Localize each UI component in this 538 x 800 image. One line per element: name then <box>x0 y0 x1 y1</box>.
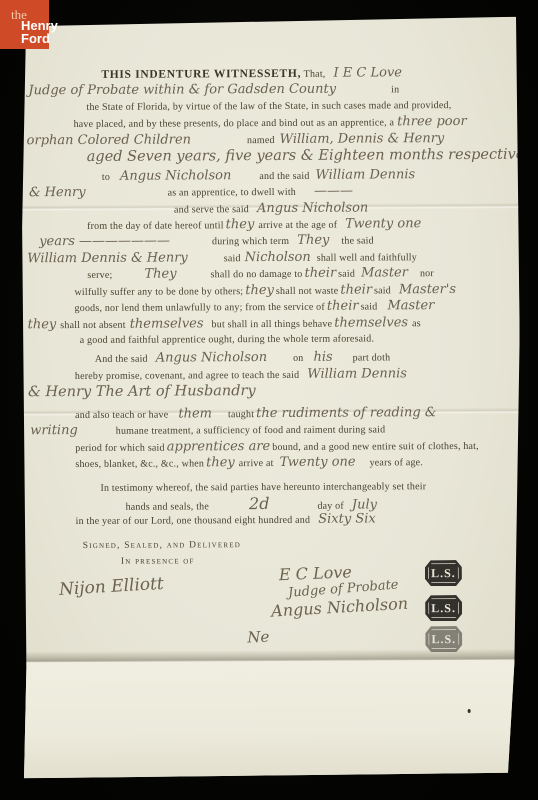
henry-ford-logo: the Henry Ford <box>0 0 49 49</box>
partial-signature: Ne <box>247 628 270 647</box>
handwritten-text-segment: William, Dennis & Henry <box>280 131 445 147</box>
printed-text-segment: the State of Florida, by virtue of the l… <box>86 100 451 113</box>
handwritten-text-segment: aged Seven years, five years & Eighteen … <box>87 147 538 165</box>
witness-signature: Nijon Elliott <box>59 574 165 600</box>
ls-seal-label: L.S. <box>431 632 456 647</box>
printed-text-segment: bound, and a good new entire suit of clo… <box>272 441 479 453</box>
handwritten-text-segment: July <box>352 497 377 512</box>
printed-text-segment: goods, nor lend them unlawfully to any; … <box>75 302 325 314</box>
handwritten-text-segment: Angus Nicholson <box>120 168 231 184</box>
printed-text-segment: and the said <box>259 170 309 181</box>
printed-text-segment: named <box>247 135 275 146</box>
document-line: & Henry The Art of Husbandry <box>28 382 514 401</box>
printed-text-segment: taught <box>228 409 254 420</box>
printed-text-segment: period for which said <box>75 442 165 453</box>
folded-blank-flap <box>21 660 522 780</box>
handwritten-text-segment: They <box>144 267 176 282</box>
handwritten-text-segment: they <box>245 283 274 298</box>
handwritten-text-segment: & Henry The Art of Husbandry <box>28 383 256 400</box>
printed-text-segment: shoes, blanket, &c., &c., when <box>75 458 204 470</box>
printed-text-segment: hereby promise, covenant, and agree to t… <box>75 370 299 382</box>
photo-background: THIS INDENTURE WITNESSETH, That,I E C Lo… <box>0 0 538 800</box>
paper-speck <box>468 709 471 713</box>
document-line: aged Seven years, five years & Eighteen … <box>27 147 513 166</box>
handwritten-text-segment: they <box>206 455 235 470</box>
printed-text-segment: THIS INDENTURE WITNESSETH, <box>101 68 301 81</box>
printed-text-segment: day of <box>317 501 344 512</box>
handwritten-text-segment: them <box>178 406 212 421</box>
printed-text-segment: and also teach or have <box>75 409 168 420</box>
handwritten-text-segment: their <box>327 299 359 314</box>
printed-text-segment: shall not absent <box>60 319 125 330</box>
printed-text-segment: to <box>102 171 110 182</box>
handwritten-text-segment: Angus Nicholson <box>257 200 368 216</box>
handwritten-text-segment: the rudiments of reading & <box>256 405 436 421</box>
handwritten-text-segment: his <box>313 350 332 365</box>
printed-text-segment: have placed, and by these presents, do p… <box>74 118 395 131</box>
printed-text-segment: hands and seals, the <box>126 501 209 512</box>
handwritten-text-segment: they <box>226 217 255 232</box>
printed-text-segment: arrive at <box>239 458 274 469</box>
handwritten-text-segment: three poor <box>397 114 467 129</box>
printed-text-segment: In presence of <box>121 557 195 567</box>
printed-text-segment: shall not waste <box>276 285 338 296</box>
handwritten-text-segment: William Dennis <box>307 366 407 382</box>
ls-seal: L.S. <box>425 626 462 652</box>
document-line: period for which saidapprentices areboun… <box>28 437 514 456</box>
handwritten-text-segment: years ——————— <box>39 234 170 250</box>
ls-seal: L.S. <box>425 560 462 586</box>
printed-text-segment: and serve the said <box>174 204 249 215</box>
printed-text-segment: In testimony whereof, the said parties h… <box>100 481 426 494</box>
handwritten-text-segment: their <box>304 266 336 281</box>
handwritten-text-segment: they <box>28 317 57 332</box>
handwritten-text-segment: apprentices are <box>167 439 271 455</box>
printed-text-segment: part doth <box>353 353 391 364</box>
handwritten-text-segment: Sixty Six <box>318 512 376 527</box>
handwritten-text-segment: Master <box>387 298 434 313</box>
printed-text-segment: said <box>361 302 378 313</box>
printed-text-segment: from the day of date hereof until <box>87 220 224 232</box>
printed-text-segment: but shall in all things behave <box>212 318 333 330</box>
printed-text-segment: said <box>338 269 355 280</box>
handwritten-text-segment: Twenty one <box>280 455 356 470</box>
handwritten-text-segment: themselves <box>334 315 408 330</box>
ls-seal: L.S. <box>425 595 462 621</box>
printed-text-segment: on <box>293 353 303 364</box>
ls-seal-label: L.S. <box>431 601 456 616</box>
handwritten-text-segment: Master's <box>399 282 456 297</box>
printed-text-segment: as <box>412 318 421 329</box>
document-line: wilfully suffer any to be done by others… <box>27 281 513 300</box>
printed-text-segment: shall well and faithfully <box>317 252 417 264</box>
document-paper: THIS INDENTURE WITNESSETH, That,I E C Lo… <box>18 15 522 780</box>
handwritten-text-segment: Angus Nicholson <box>156 350 267 366</box>
printed-text-segment: shall do no damage to <box>211 269 303 280</box>
handwritten-text-segment: William Dennis <box>315 167 415 183</box>
printed-text-segment: a good and faithful apprentice ought, du… <box>80 333 375 346</box>
printed-text-segment: as an apprentice, to dwell with <box>168 187 296 199</box>
ls-seal-label: L.S. <box>431 566 456 581</box>
handwritten-text-segment: William Dennis & Henry <box>27 250 188 266</box>
printed-text-segment: That, <box>301 69 325 80</box>
printed-text-segment: humane treatment, a sufficiency of food … <box>116 425 386 437</box>
handwritten-text-segment: Twenty one <box>345 216 421 231</box>
handwritten-text-segment: Nicholson <box>245 250 311 265</box>
printed-text-segment: during which term <box>212 236 289 247</box>
handwritten-text-segment: writing <box>30 423 78 438</box>
printed-text-segment: said <box>224 253 241 264</box>
printed-text-segment: wilfully suffer any to be done by others… <box>74 286 243 298</box>
handwritten-text-segment: Judge of Probate within & for Gadsden Co… <box>28 82 336 99</box>
printed-text-segment: years of age. <box>370 457 423 468</box>
printed-text-segment: And the said <box>95 354 148 365</box>
printed-text-segment: in <box>391 85 399 96</box>
printed-text-segment: serve; <box>87 270 112 281</box>
printed-text-segment: said <box>374 285 391 296</box>
printed-text-segment: in the year of our Lord, one thousand ei… <box>76 515 311 527</box>
handwritten-text-segment: I E C Love <box>333 65 402 80</box>
printed-text-segment: arrive at the age of <box>258 220 337 231</box>
document-body: THIS INDENTURE WITNESSETH, That,I E C Lo… <box>26 65 515 571</box>
document-line: in the year of our Lord, one thousand ei… <box>29 511 515 530</box>
handwritten-text-segment: & Henry <box>29 185 86 200</box>
document-line: a good and faithful apprentice ought, du… <box>28 331 514 350</box>
handwritten-text-segment: They <box>297 233 329 248</box>
document-line: shoes, blanket, &c., &c., whentheyarrive… <box>28 454 514 473</box>
handwritten-text-segment: Master <box>361 266 408 281</box>
logo-word-ford: Ford <box>21 32 50 45</box>
handwritten-text-segment: ——— <box>314 184 353 199</box>
handwritten-text-segment: orphan Colored Children <box>27 132 191 148</box>
handwritten-text-segment: themselves <box>130 316 204 331</box>
handwritten-text-segment: 2d <box>249 494 270 513</box>
printed-text-segment: the said <box>341 236 373 247</box>
printed-text-segment: Signed, Sealed, and Delivered <box>83 540 241 551</box>
handwritten-text-segment: their <box>340 282 372 297</box>
printed-text-segment: nor <box>420 268 434 279</box>
